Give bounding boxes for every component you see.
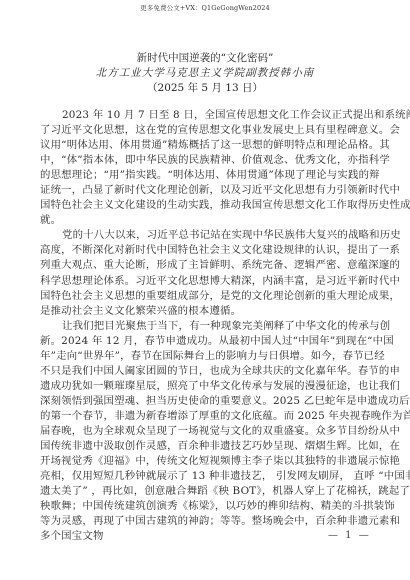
- text-line: 党的十八大以来，习近平总书记站在实现中华民族伟大复兴的战略和历史: [40, 228, 374, 243]
- text-line: 深刻领悟到强国塑魂、担当历史使命的重要意义。2025 乙巳蛇年是申遗成功后: [40, 394, 374, 409]
- text-line: 多个国宝文物: [40, 529, 374, 544]
- text-line: 届春晚，也为全球观众呈现了一场视觉与文化的双重盛宴。众多节目纷纷从中: [40, 424, 374, 439]
- text-line: 高度，不断深化对新时代中国特色社会主义文化建设规律的认识，提出了一系: [40, 243, 374, 258]
- text-line: 让我们把目光聚焦于当下，有一种现象完美阐释了中华文化的传承与创: [40, 319, 374, 334]
- page-number: — 1 —: [328, 530, 371, 541]
- text-line: 新。2024 年 12 月，春节申遗成功。从最初中国人过“中国年”到现在“中国: [40, 334, 374, 349]
- text-line: 科学思想理论体系。习近平文化思想博大精深，内涵丰富，是习近平新时代中: [40, 274, 374, 289]
- text-line: 不只是我们中国人阖家团圆的节日，也成为全球共庆的文化嘉年华。春节的申: [40, 364, 374, 379]
- text-line: 的第一个春节，非遗为新春增添了厚重的文化底蕴。而 2025 年央视春晚作为首: [40, 409, 374, 424]
- document-title: 新时代中国逆袭的“文化密码”: [0, 50, 410, 65]
- header-note: 更多免费公文+VX：Q1GeGongWen2024: [0, 3, 410, 12]
- text-line: 就。: [40, 213, 374, 228]
- text-line: 等为灵感，再现了中国古建筑的神韵；等等。整场晚会中，百余种非遗元素和: [40, 514, 374, 529]
- text-line: 议用“明体达用、体用贯通”精炼概括了这一思想的鲜明特点和理论品格。其: [40, 138, 374, 153]
- text-line: 2023 年 10 月 7 日至 8 日，全国宣传思想文化工作会议正式提出和系统…: [40, 108, 374, 123]
- text-line: 遗成功犹如一颗璀璨星辰，照亮了中华文化传承与发展的漫漫征途，也让我们: [40, 379, 374, 394]
- text-line: 秧歌舞；中国传统建筑创演秀《栋梁》，以巧妙的榫卯结构、精美的斗拱装饰: [40, 499, 374, 514]
- text-line: 国特色社会主义思想的重要组成部分，是党的文化理论创新的重大理论成果，: [40, 289, 374, 304]
- text-line: 证统一，凸显了新时代文化理论创新，以及习近平文化思想有力引领新时代中: [40, 183, 374, 198]
- text-line: 遗太美了” ，再比如，创意融合舞蹈《秧 BOT》，机器人穿上了花棉袄，跳起了: [40, 484, 374, 499]
- document-date: （2025 年 5 月 13 日）: [0, 80, 410, 95]
- text-line: 是推动社会主义文化繁荣兴盛的根本遵循。: [40, 304, 374, 319]
- paragraph-2: 党的十八大以来，习近平总书记站在实现中华民族伟大复兴的战略和历史 高度，不断深化…: [40, 228, 374, 318]
- text-line: 开场视觉秀《迎福》中，传统文化短视频博主李子柒以其独特的非遗展示惊艳: [40, 454, 374, 469]
- paragraph-3: 让我们把目光聚焦于当下，有一种现象完美阐释了中华文化的传承与创 新。2024 年…: [40, 319, 374, 545]
- document-body: 2023 年 10 月 7 日至 8 日，全国宣传思想文化工作会议正式提出和系统…: [40, 108, 374, 544]
- text-line: 国特色社会主义文化建设的生动实践，推动我国宣传思想文化工作取得历史性成: [40, 198, 374, 213]
- text-line: 列重大观点、重大论断，形成了主旨鲜明、系统完备、逻辑严密、意蕴深邃的: [40, 258, 374, 273]
- document-author: 北方工业大学马克思主义学院副教授韩小南: [0, 65, 410, 80]
- paragraph-1: 2023 年 10 月 7 日至 8 日，全国宣传思想文化工作会议正式提出和系统…: [40, 108, 374, 228]
- text-line: 的思想理论；“用”指实践。“明体达用、体用贯通”体现了理论与实践的辩: [40, 168, 374, 183]
- text-line: 亮相，仅用短短几秒钟就展示了 13 种非遗技艺， 引发网友刷屏， 直呼 “中国非: [40, 469, 374, 484]
- text-line: 了习近平文化思想，这在党的宣传思想文化事业发展史上具有里程碑意义。会: [40, 123, 374, 138]
- text-line: 国传统非遗中汲取创作灵感，百余种非遗技艺巧妙呈现、熠熠生辉。比如，在: [40, 439, 374, 454]
- text-line: 年”走向“世界年”，春节在国际舞台上的影响力与日俱增。如今，春节已经: [40, 349, 374, 364]
- text-line: 中，“体”指本体，即中华民族的民族精神、价值观念、优秀文化，亦指科学: [40, 153, 374, 168]
